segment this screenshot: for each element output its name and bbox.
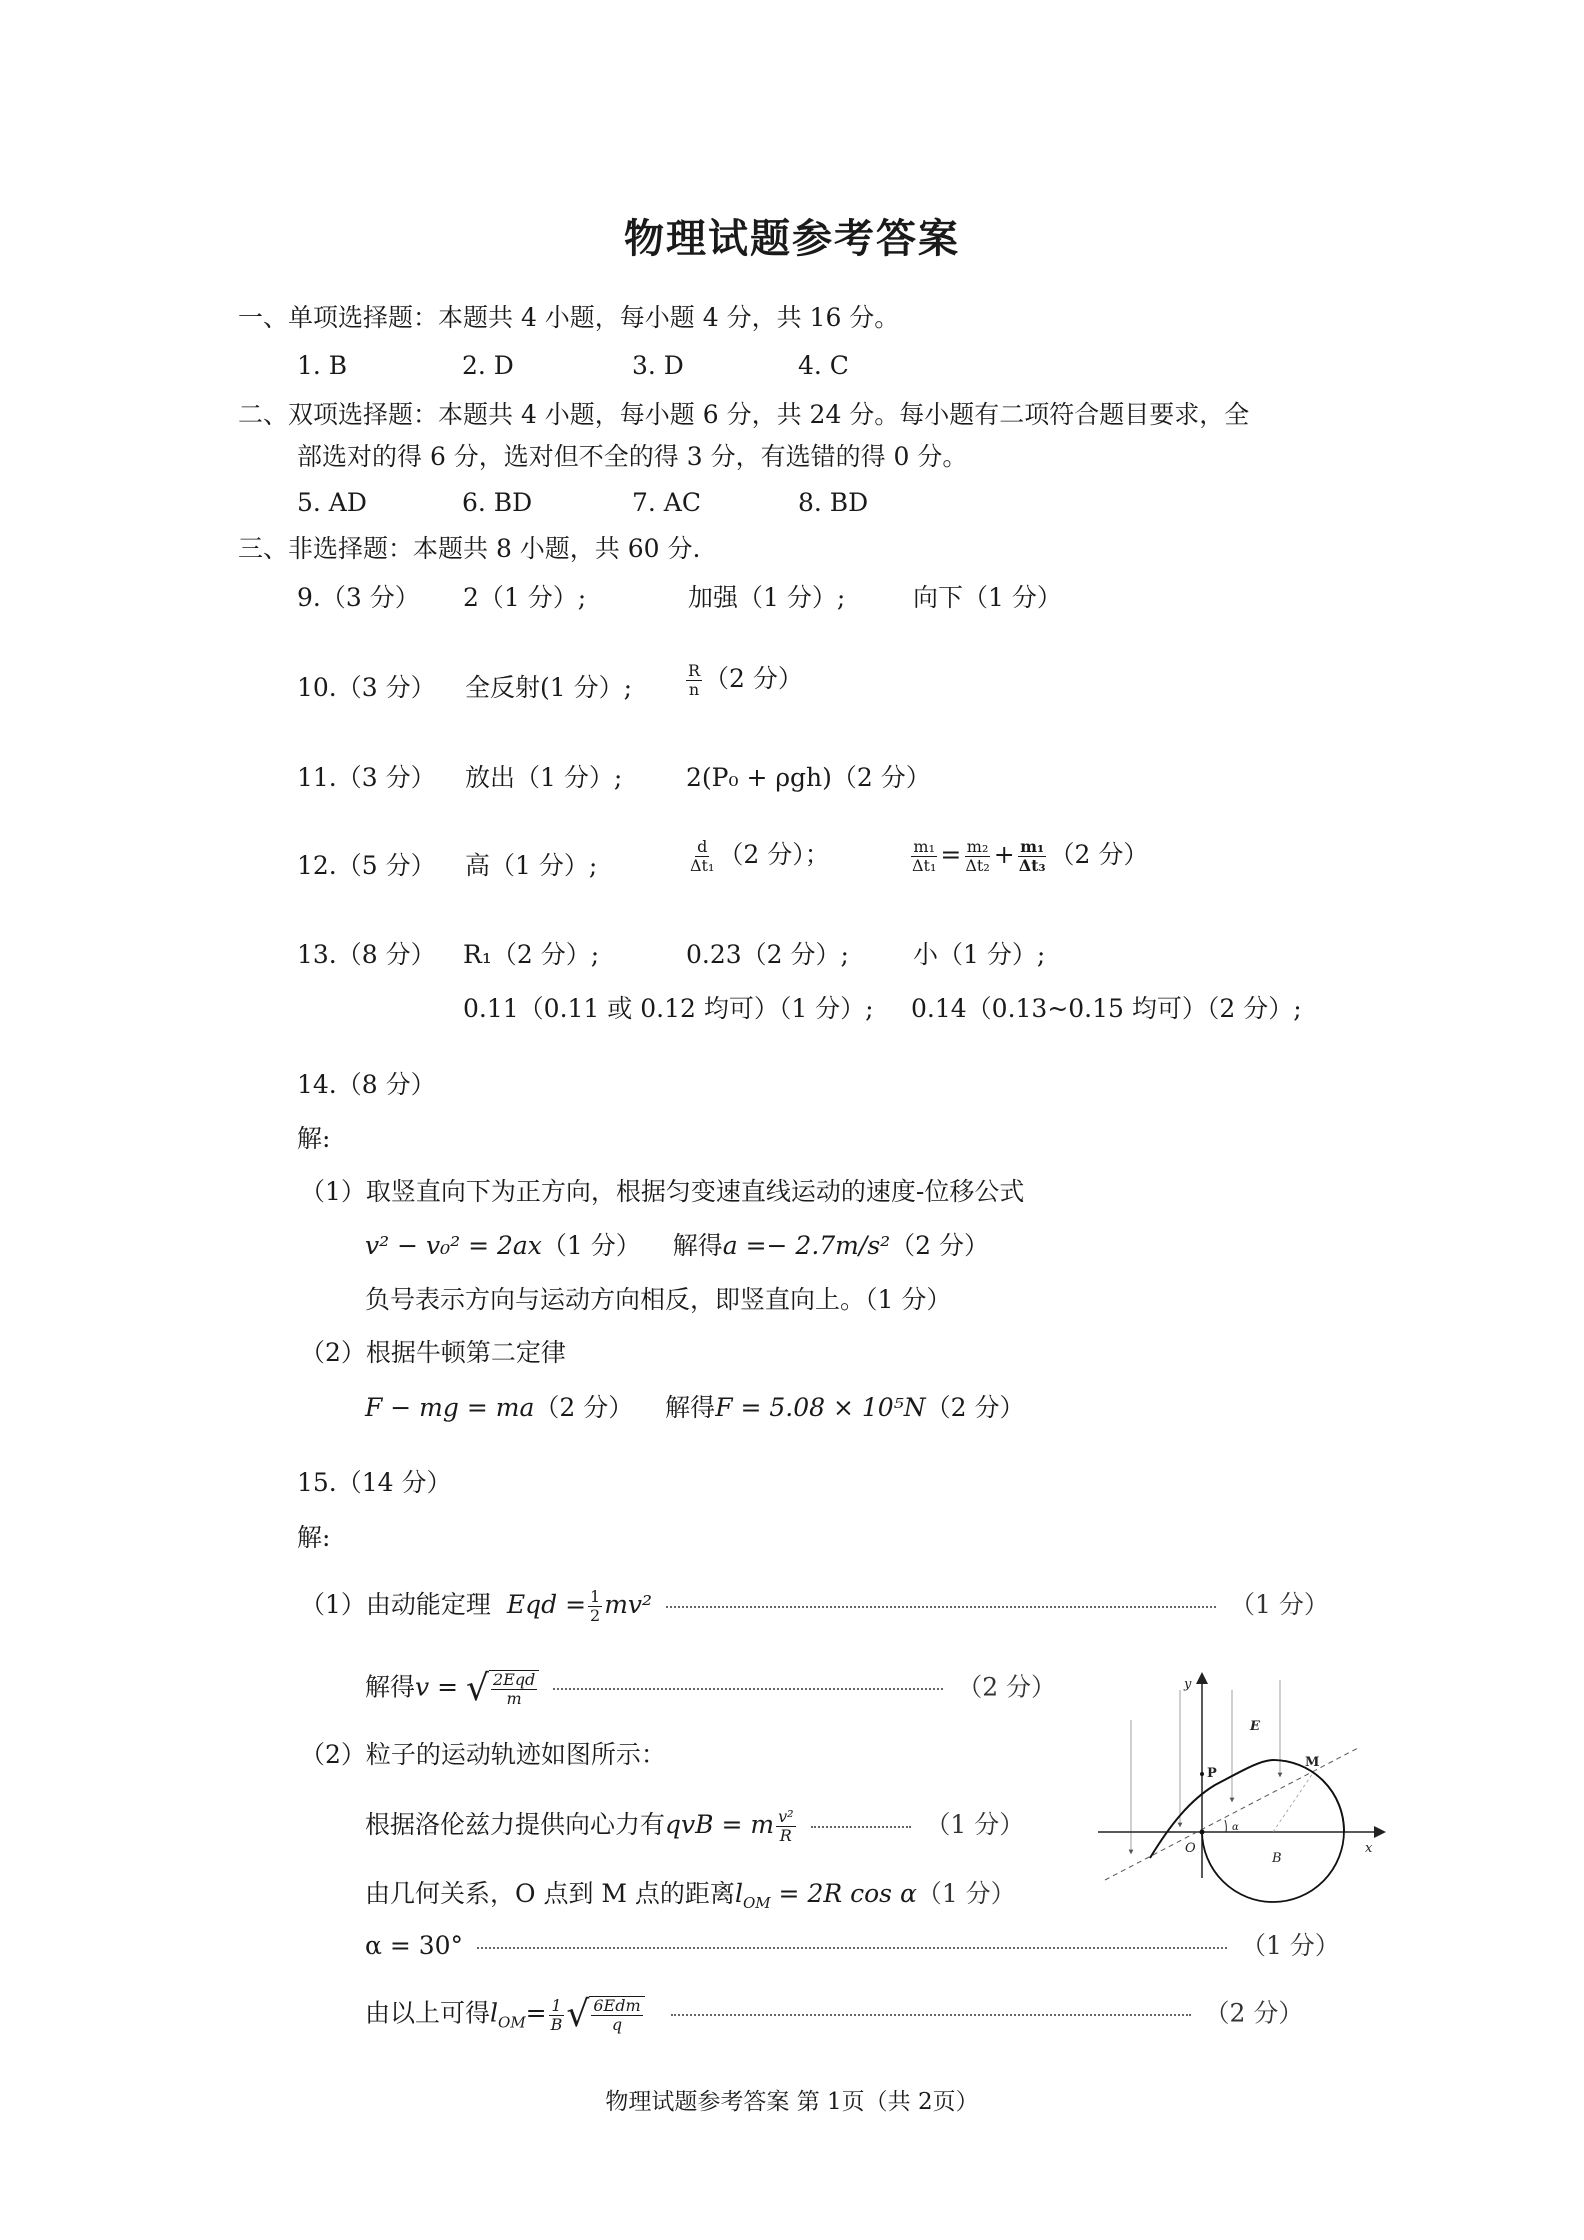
q15-solve: 解: [297,1522,330,1554]
x-axis-label: x [1365,1841,1373,1856]
q13-answer-4: 0.11（0.11 或 0.12 均可）（1 分）; [463,993,874,1025]
q12-label: 12.（5 分） [297,850,436,882]
fraction: 1B [549,1997,565,2034]
q9-answer-3: 向下（1 分） [913,582,1062,614]
q15-part2-text: （2）粒子的运动轨迹如图所示： [300,1739,666,1771]
q9-answer-1: 2（1 分）; [463,582,586,614]
q12-answer-1: 高（1 分）; [465,850,597,882]
leader-dots [666,1606,1216,1608]
fraction: Rn [686,662,702,699]
answer-3: 3. D [632,350,684,382]
answer-6: 6. BD [462,487,532,519]
q9-answer-2: 加强（1 分）; [688,582,845,614]
q10-label: 10.（3 分） [297,672,436,704]
sqrt: √2Eqdm [466,1670,539,1708]
q14-part1-text: （1）取竖直向下为正方向，根据匀变速直线运动的速度-位移公式 [300,1176,1024,1208]
sqrt: √6Edmq [566,1996,644,2034]
q15-part1-result: 解得v = √2Eqdm （2 分） [365,1670,1056,1708]
q15-part2-final: 由以上可得lOM=1B√6Edmq （2 分） [365,1996,1330,2039]
q11-answer-2: 2(P₀ + ρgh)（2 分） [686,762,931,794]
fraction: dΔt₁ [688,838,716,875]
q13-label: 13.（8 分） [297,939,436,971]
q13-answer-1: R₁（2 分）; [463,939,599,971]
alpha-label: α [1232,1822,1239,1833]
fraction: v²R [776,1808,795,1845]
q13-answer-2: 0.23（2 分）; [686,939,849,971]
q11-label: 11.（3 分） [297,762,436,794]
leader-dots [671,2014,1191,2016]
q15-label: 15.（14 分） [297,1467,452,1499]
point-p-label: P [1207,1766,1217,1781]
fraction: m₁Δt₁ [910,838,938,875]
page-title: 物理试题参考答案 [0,207,1584,264]
answer-7: 7. AC [632,487,701,519]
q14-label: 14.（8 分） [297,1069,436,1101]
q9-label: 9.（3 分） [297,582,420,614]
q14-part1-equation: v² − v₀² = 2ax（1 分） 解得a =− 2.7m/s²（2 分） [365,1230,989,1262]
y-axis-label: y [1183,1677,1192,1692]
answer-4: 4. C [798,350,849,382]
fraction: 12 [588,1588,602,1625]
e-field-label: E [1249,1719,1261,1734]
leader-dots [811,1826,911,1828]
q14-part2-equation: F − mg = ma（2 分） 解得F = 5.08 × 10⁵N（2 分） [365,1392,1024,1424]
section-2-heading-line1: 二、双项选择题：本题共 4 小题，每小题 6 分，共 24 分。每小题有二项符合… [238,399,1249,431]
answer-8: 8. BD [798,487,868,519]
fraction: 2Eqdm [491,1671,537,1708]
answer-5: 5. AD [297,487,367,519]
q15-part2-lorentz: 根据洛伦兹力提供向心力有qvB = mv²R （1 分） [365,1808,1024,1845]
q15-part2-geometry: 由几何关系，O 点到 M 点的距离lOM = 2R cos α（1 分） [365,1878,1016,1919]
answer-2: 2. D [462,350,514,382]
q14-part2-text: （2）根据牛顿第二定律 [300,1337,566,1369]
q10-answer-1: 全反射(1 分）; [465,672,632,704]
q11-answer-1: 放出（1 分）; [465,762,622,794]
section-2-heading-line2: 部选对的得 6 分，选对但不全的得 3 分，有选错的得 0 分。 [297,441,967,473]
q15-part1-equation: （1）由动能定理 Eqd =12mv² （1 分） [300,1588,1325,1625]
trajectory-diagram: y x E B P M O α [1090,1660,1390,1940]
q13-answer-5: 0.14（0.13~0.15 均可）（2 分）; [911,993,1302,1025]
leader-dots [553,1688,943,1690]
q13-answer-3: 小（1 分）; [913,939,1045,971]
page-footer: 物理试题参考答案 第 1页（共 2页） [0,2083,1584,2116]
q10-answer-2: Rn（2 分） [684,662,803,699]
section-3-heading: 三、非选择题：本题共 8 小题，共 60 分. [238,533,700,565]
b-field-label: B [1271,1851,1282,1866]
fraction: m₂Δt₂ [963,838,991,875]
section-1-heading: 一、单项选择题：本题共 4 小题，每小题 4 分，共 16 分。 [238,302,899,334]
origin-label: O [1185,1841,1196,1856]
q14-solve: 解: [297,1123,330,1155]
q12-answer-2: dΔt₁（2 分）； [686,838,830,875]
fraction: 6Edmq [591,1997,642,2034]
leader-dots [477,1947,1227,1949]
answer-1: 1. B [297,350,347,382]
point-m-label: M [1305,1755,1319,1770]
q14-part1-note: 负号表示方向与运动方向相反，即竖直向上。（1 分） [365,1284,951,1316]
q12-answer-3: m₁Δt₁=m₂Δt₂+m₁Δt₃（2 分） [908,838,1148,875]
fraction: m₁Δt₃ [1017,838,1048,875]
